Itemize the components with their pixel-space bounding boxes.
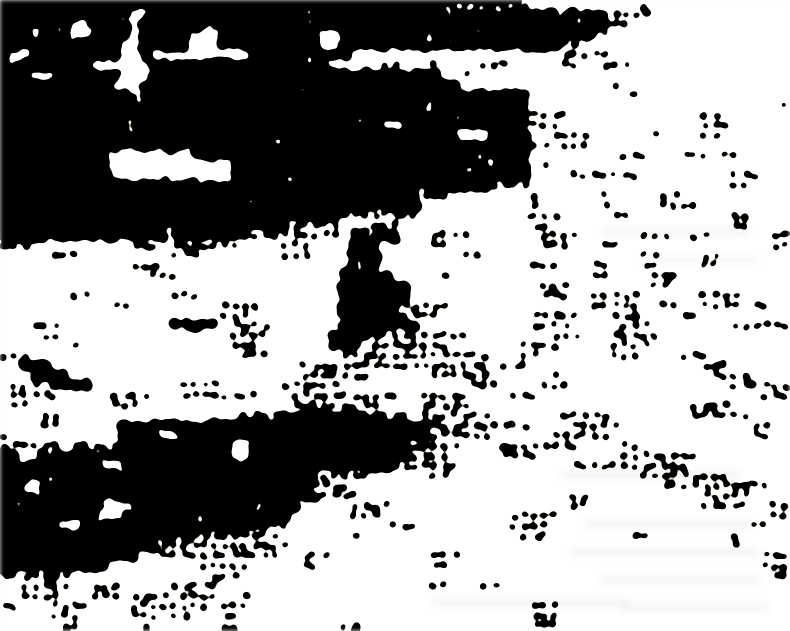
halftone-photograph: High-contrast black-and-white photocopie… [0,0,790,631]
halftone-photo-canvas [0,0,790,631]
